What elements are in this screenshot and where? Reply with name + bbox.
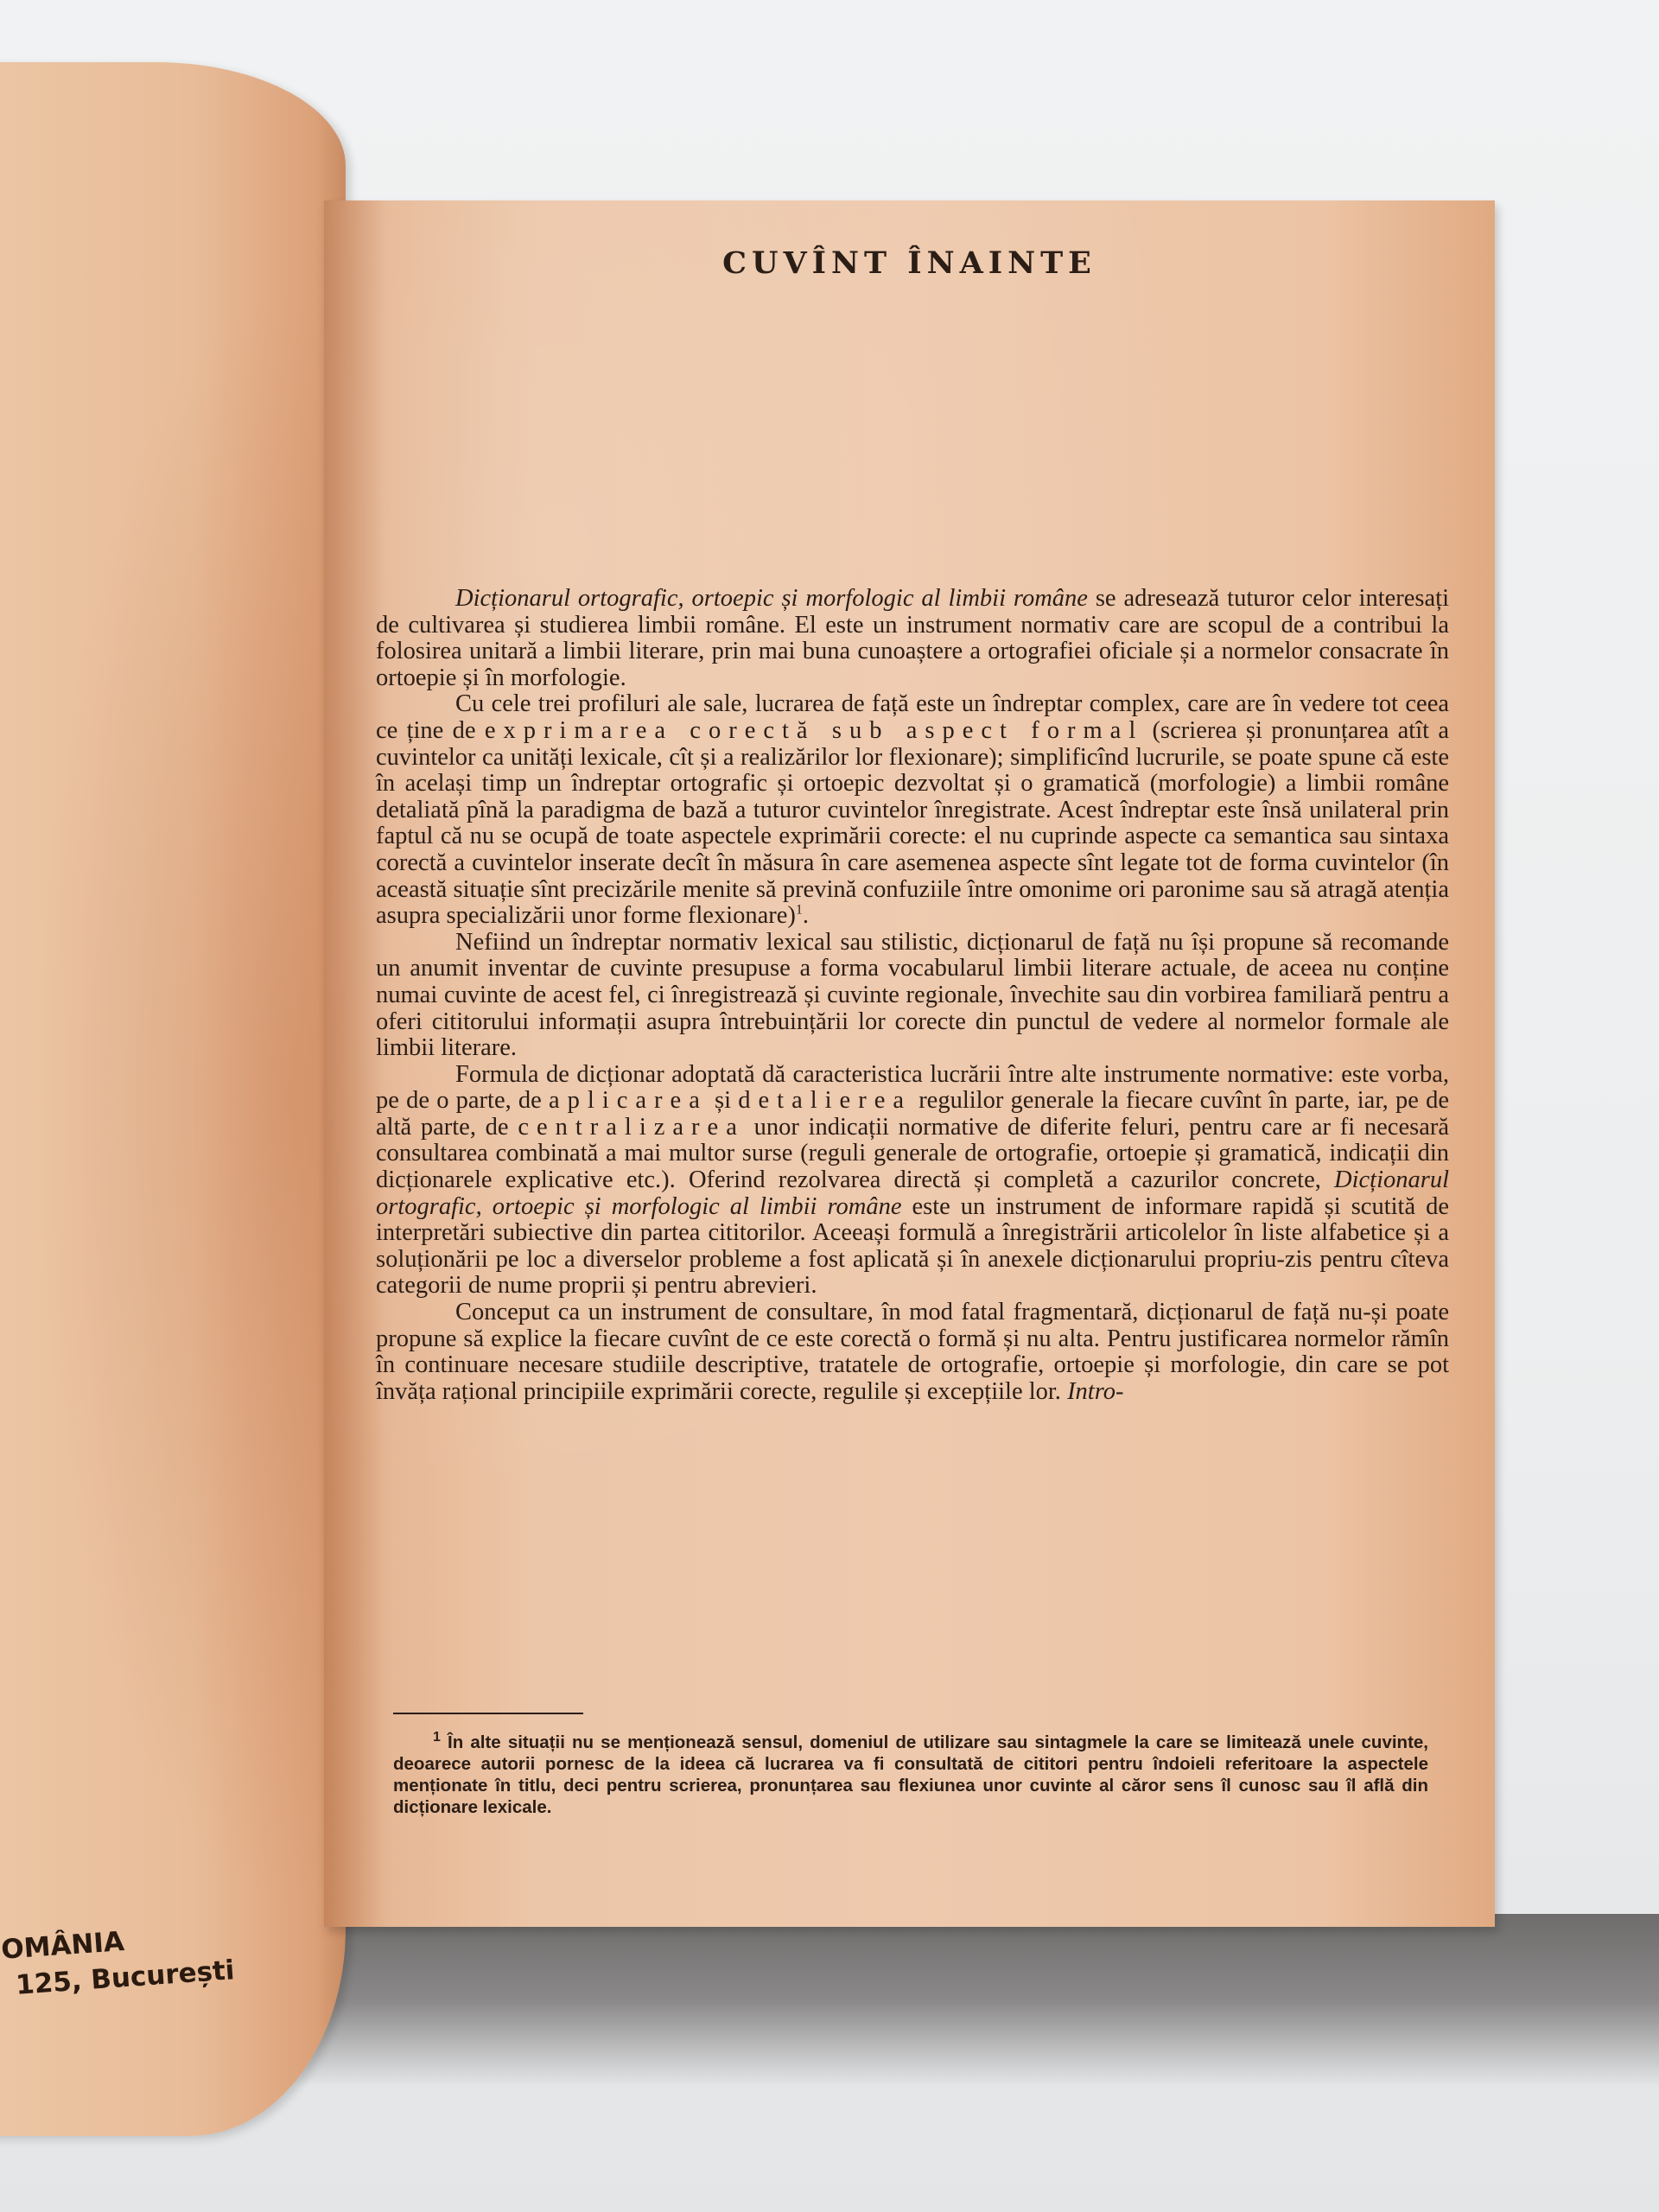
publisher-imprint: OMÂNIA 125, București (0, 1916, 236, 2005)
footnote-marker: 1 (433, 1730, 441, 1745)
paragraph-4: Formula de dicționar adoptată dă caracte… (376, 1062, 1449, 1300)
spaced-emphasis: detalierea (738, 1087, 912, 1114)
left-page: OMÂNIA 125, București (0, 62, 346, 2136)
paragraph-1: Dicționarul ortografic, ortoepic și morf… (376, 586, 1449, 691)
spaced-emphasis: exprimarea corectă sub aspect formal (485, 717, 1143, 744)
spaced-emphasis: centralizarea (518, 1114, 745, 1141)
spaced-emphasis: aplicarea (549, 1087, 708, 1114)
right-page: CUVÎNT ÎNAINTE Dicționarul ortografic, o… (324, 200, 1495, 1927)
book-title-italic: Dicționarul ortografic, ortoepic și morf… (455, 585, 1088, 612)
footnote-text: În alte situații nu se menționează sensu… (393, 1732, 1428, 1817)
footnote-ref: 1 (796, 903, 803, 918)
paragraph-5: Conceput ca un instrument de consultare,… (376, 1300, 1449, 1405)
footnote: 1 În alte situații nu se menționează sen… (393, 1732, 1428, 1818)
continued-word-italic: Intro- (1067, 1378, 1123, 1405)
footnote-divider (393, 1713, 583, 1714)
page-title: CUVÎNT ÎNAINTE (324, 245, 1495, 281)
paragraph-2: Cu cele trei profiluri ale sale, lucrare… (376, 691, 1449, 929)
paragraph-3: Nefiind un îndreptar normativ lexical sa… (376, 930, 1449, 1062)
body-text: Dicționarul ortografic, ortoepic și morf… (376, 586, 1449, 1405)
